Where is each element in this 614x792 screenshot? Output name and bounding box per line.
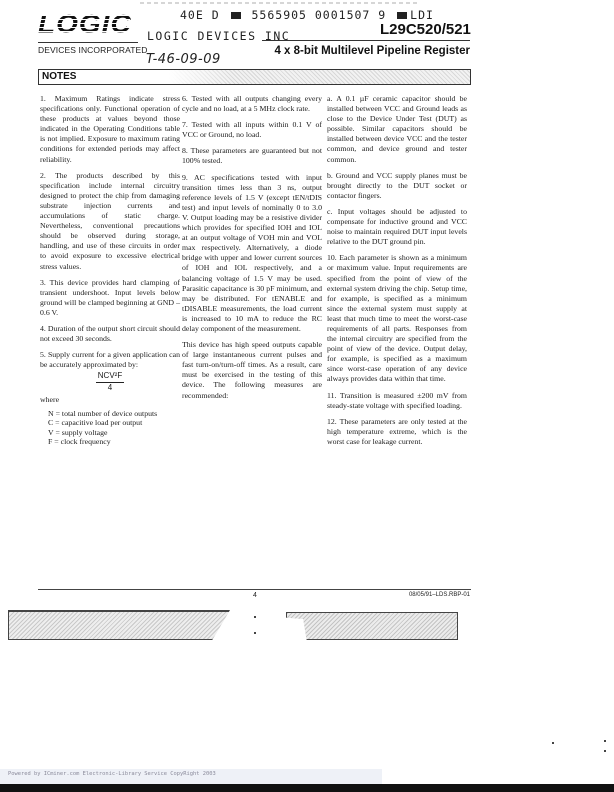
section-title: NOTES: [42, 70, 76, 84]
watermark-text: Powered by ICminer.com Electronic-Librar…: [8, 771, 216, 777]
scan-artifact-left: [8, 610, 230, 640]
note-b: b. Ground and VCC supply planes must be …: [327, 171, 467, 201]
variable-definition: N = total number of device outputs: [48, 409, 180, 419]
scan-speck: [254, 616, 256, 618]
stamp-block-icon: [231, 12, 241, 19]
note-5: 5. Supply current for a given applicatio…: [40, 350, 180, 370]
note-7: 7. Tested with all inputs within 0.1 V o…: [182, 120, 322, 140]
notes-column-1: 1. Maximum Ratings indicate stress speci…: [40, 94, 180, 447]
scan-bottom-edge: [0, 784, 614, 792]
note-8: 8. These parameters are guaranteed but n…: [182, 146, 322, 166]
formula-variable-list: N = total number of device outputs C = c…: [48, 409, 180, 447]
note-1: 1. Maximum Ratings indicate stress speci…: [40, 94, 180, 165]
scan-speck: [604, 740, 606, 742]
scan-artifact-top: [140, 2, 420, 4]
notes-column-3: a. A 0.1 µF ceramic capacitor should be …: [327, 94, 467, 453]
note-6: 6. Tested with all outputs changing ever…: [182, 94, 322, 114]
note-2: 2. The products described by this specif…: [40, 171, 180, 272]
logo-text: LOGIC: [38, 12, 130, 37]
variable-definition: C = capacitive load per output: [48, 418, 180, 428]
stamp-code-1: 40E D: [180, 8, 220, 22]
stamp-block-icon: [397, 12, 407, 19]
note-c: c. Input voltages should be adjusted to …: [327, 207, 467, 247]
handwritten-reference: T-46-09-09: [146, 52, 221, 67]
header-rule: [262, 40, 470, 41]
logo-tagline: DEVICES INCORPORATED: [38, 45, 148, 55]
scan-speck: [604, 750, 606, 752]
logo-rule: [38, 42, 138, 43]
note-3: 3. This device provides hard clamping of…: [40, 278, 180, 318]
company-logo: LOGIC: [38, 12, 130, 40]
watermark-bar: Powered by ICminer.com Electronic-Librar…: [0, 769, 382, 784]
notes-column-2: 6. Tested with all outputs changing ever…: [182, 94, 322, 407]
formula-where: where: [40, 395, 180, 405]
note-12: 12. These parameters are only tested at …: [327, 417, 467, 447]
stamp-code-2: 5565905 0001507 9: [252, 8, 387, 22]
note-10: 10. Each parameter is shown as a minimum…: [327, 253, 467, 384]
scan-speck: [552, 742, 554, 744]
scan-artifact-right: [286, 612, 458, 640]
footer-rule: [38, 589, 471, 590]
part-number: L29C520/521: [380, 21, 470, 38]
page-subtitle: 4 x 8-bit Multilevel Pipeline Register: [230, 45, 470, 57]
stamp-code-line: 40E D 5565905 0001507 9 LDI: [180, 8, 434, 22]
document-code: 08/05/91–LDS.RBP-01: [390, 592, 470, 598]
supply-current-formula: NCV²F 4: [40, 371, 180, 393]
scan-speck: [254, 632, 256, 634]
note-9-followup: This device has high speed outputs capab…: [182, 340, 322, 401]
stamp-code-3: LDI: [410, 8, 434, 22]
variable-definition: F = clock frequency: [48, 437, 180, 447]
note-9: 9. AC specifications tested with input t…: [182, 173, 322, 335]
formula-numerator: NCV²F: [96, 371, 124, 383]
section-header-bar: NOTES: [38, 69, 471, 85]
variable-definition: V = supply voltage: [48, 428, 180, 438]
note-4: 4. Duration of the output short circuit …: [40, 324, 180, 344]
page-number: 4: [253, 592, 257, 599]
formula-denominator: 4: [40, 383, 180, 393]
note-a: a. A 0.1 µF ceramic capacitor should be …: [327, 94, 467, 165]
note-11: 11. Transition is measured ±200 mV from …: [327, 391, 467, 411]
